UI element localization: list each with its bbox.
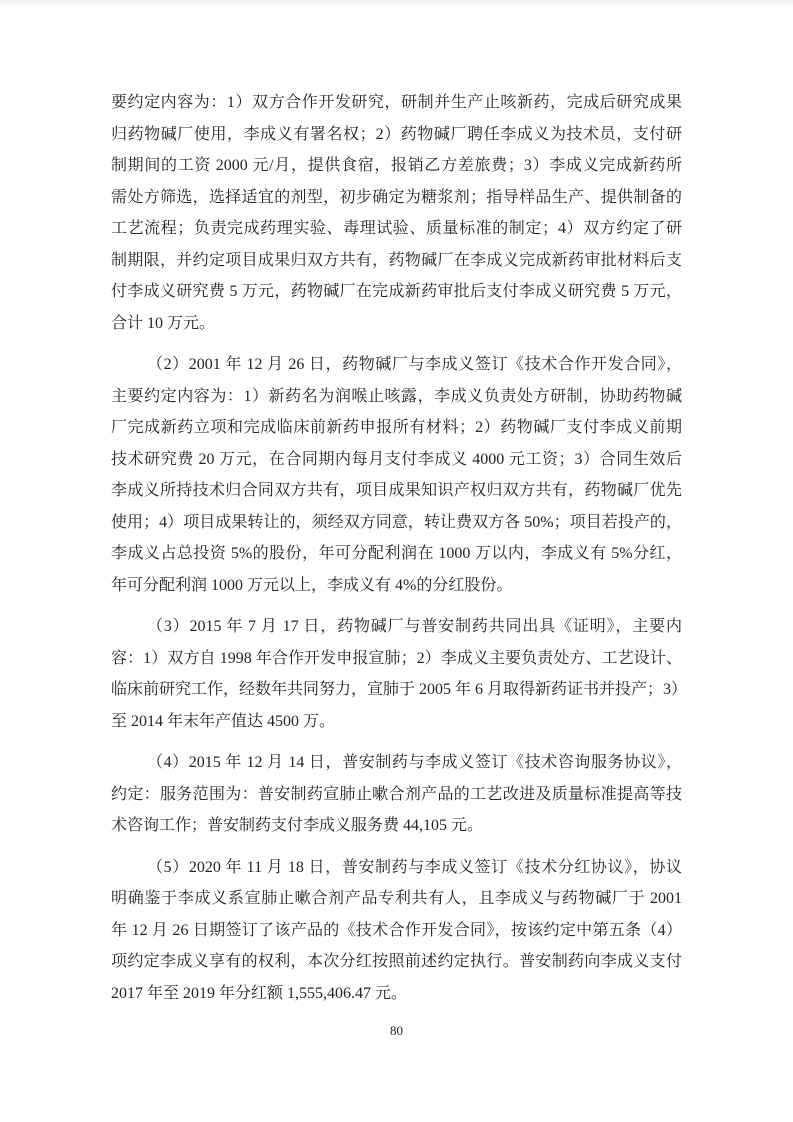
text-line: 2017 年至 2019 年分红额 1,555,406.47 元。 bbox=[111, 978, 682, 1010]
paragraph: 要约定内容为：1）双方合作开发研究，研制并生产止咳新药，完成后研究成果归药物碱厂… bbox=[111, 87, 682, 339]
text-line: 年 12 月 26 日期签订了该产品的《技术合作开发合同》，按该约定中第五条（4… bbox=[111, 915, 682, 947]
document-page: 要约定内容为：1）双方合作开发研究，研制并生产止咳新药，完成后研究成果归药物碱厂… bbox=[0, 0, 793, 1122]
text-line: 至 2014 年末年产值达 4500 万。 bbox=[111, 706, 682, 738]
text-line: 李成义占总投资 5%的股份，年可分配利润在 1000 万以内，李成义有 5%分红… bbox=[111, 538, 682, 570]
text-line: 约定：服务范围为：普安制药宣肺止嗽合剂产品的工艺改进及质量标准提高等技 bbox=[111, 779, 682, 811]
text-line: 归药物碱厂使用，李成义有署名权；2）药物碱厂聘任李成义为技术员，支付研 bbox=[111, 119, 682, 151]
text-line: 合计 10 万元。 bbox=[111, 308, 682, 340]
text-line: 主要约定内容为：1）新药名为润喉止咳露，李成义负责处方研制，协助药物碱 bbox=[111, 381, 682, 413]
text-line: 项约定李成义享有的权利，本次分红按照前述约定执行。普安制药向李成义支付 bbox=[111, 946, 682, 978]
text-line: 技术研究费 20 万元，在合同期内每月支付李成义 4000 元工资；3）合同生效… bbox=[111, 444, 682, 476]
paragraph: （3）2015 年 7 月 17 日，药物碱厂与普安制药共同出具《证明》，主要内… bbox=[111, 611, 682, 737]
text-line: 年可分配利润 1000 万元以上，李成义有 4%的分红股份。 bbox=[111, 570, 682, 602]
text-line: （5）2020 年 11 月 18 日，普安制药与李成义签订《技术分红协议》，协… bbox=[111, 852, 682, 884]
text-line: 李成义所持技术归合同双方共有，项目成果知识产权归双方共有，药物碱厂优先 bbox=[111, 475, 682, 507]
text-line: 制期限，并约定项目成果归双方共有，药物碱厂在李成义完成新药审批材料后支 bbox=[111, 245, 682, 277]
text-line: 临床前研究工作，经数年共同努力，宣肺于 2005 年 6 月取得新药证书并投产；… bbox=[111, 674, 682, 706]
text-line: 术咨询工作；普安制药支付李成义服务费 44,105 元。 bbox=[111, 810, 682, 842]
text-line: （2）2001 年 12 月 26 日，药物碱厂与李成义签订《技术合作开发合同》… bbox=[111, 349, 682, 381]
text-line: 厂完成新药立项和完成临床前新药申报所有材料；2）药物碱厂支付李成义前期 bbox=[111, 412, 682, 444]
text-line: 容：1）双方自 1998 年合作开发申报宣肺；2）李成义主要负责处方、工艺设计、 bbox=[111, 643, 682, 675]
document-body: 要约定内容为：1）双方合作开发研究，研制并生产止咳新药，完成后研究成果归药物碱厂… bbox=[111, 87, 682, 1009]
text-line: 要约定内容为：1）双方合作开发研究，研制并生产止咳新药，完成后研究成果 bbox=[111, 87, 682, 119]
text-line: 明确鉴于李成义系宣肺止嗽合剂产品专利共有人，且李成义与药物碱厂于 2001 bbox=[111, 883, 682, 915]
text-line: （4）2015 年 12 月 14 日，普安制药与李成义签订《技术咨询服务协议》… bbox=[111, 747, 682, 779]
text-line: 制期间的工资 2000 元/月，提供食宿，报销乙方差旅费；3）李成义完成新药所 bbox=[111, 150, 682, 182]
text-line: 工艺流程；负责完成药理实验、毒理试验、质量标准的制定；4）双方约定了研 bbox=[111, 213, 682, 245]
page-number: 80 bbox=[390, 1023, 403, 1038]
text-line: （3）2015 年 7 月 17 日，药物碱厂与普安制药共同出具《证明》，主要内 bbox=[111, 611, 682, 643]
text-line: 需处方筛选，选择适宜的剂型，初步确定为糖浆剂；指导样品生产、提供制备的 bbox=[111, 182, 682, 214]
text-line: 付李成义研究费 5 万元，药物碱厂在完成新药审批后支付李成义研究费 5 万元， bbox=[111, 276, 682, 308]
paragraph: （4）2015 年 12 月 14 日，普安制药与李成义签订《技术咨询服务协议》… bbox=[111, 747, 682, 842]
page-footer: 80 bbox=[0, 1022, 793, 1040]
paragraph: （2）2001 年 12 月 26 日，药物碱厂与李成义签订《技术合作开发合同》… bbox=[111, 349, 682, 601]
paragraph: （5）2020 年 11 月 18 日，普安制药与李成义签订《技术分红协议》，协… bbox=[111, 852, 682, 1010]
text-line: 使用；4）项目成果转让的，须经双方同意，转让费双方各 50%；项目若投产的， bbox=[111, 507, 682, 539]
